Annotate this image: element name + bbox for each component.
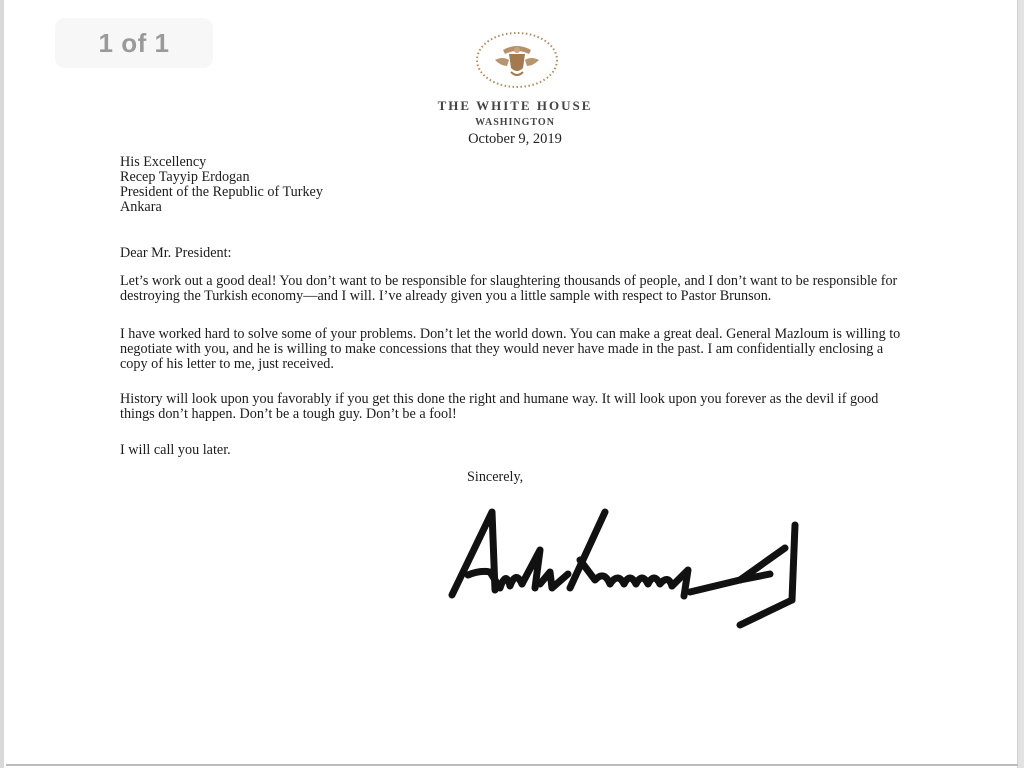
recipient-line: President of the Republic of Turkey <box>120 185 323 200</box>
body-paragraph: I will call you later. <box>120 443 910 458</box>
body-paragraph: I have worked hard to solve some of your… <box>120 327 910 372</box>
page-counter: 1 of 1 <box>55 18 213 68</box>
salutation: Dear Mr. President: <box>120 246 232 261</box>
body-paragraph: Let’s work out a good deal! You don’t wa… <box>120 274 910 304</box>
presidential-seal-icon <box>473 30 561 90</box>
recipient-line: His Excellency <box>120 155 323 170</box>
letter-date: October 9, 2019 <box>300 131 730 148</box>
letterhead-title: THE WHITE HOUSE <box>300 98 730 114</box>
closing: Sincerely, <box>467 469 523 486</box>
viewer-frame-left <box>0 0 4 768</box>
signature-icon <box>440 500 820 635</box>
viewer-scrollbar[interactable] <box>1017 0 1024 768</box>
recipient-line: Ankara <box>120 200 323 215</box>
page-bottom-edge <box>6 764 1018 766</box>
body-paragraph: History will look upon you favorably if … <box>120 392 910 422</box>
recipient-address: His Excellency Recep Tayyip Erdogan Pres… <box>120 155 323 215</box>
recipient-line: Recep Tayyip Erdogan <box>120 170 323 185</box>
letterhead-city: WASHINGTON <box>300 117 730 128</box>
